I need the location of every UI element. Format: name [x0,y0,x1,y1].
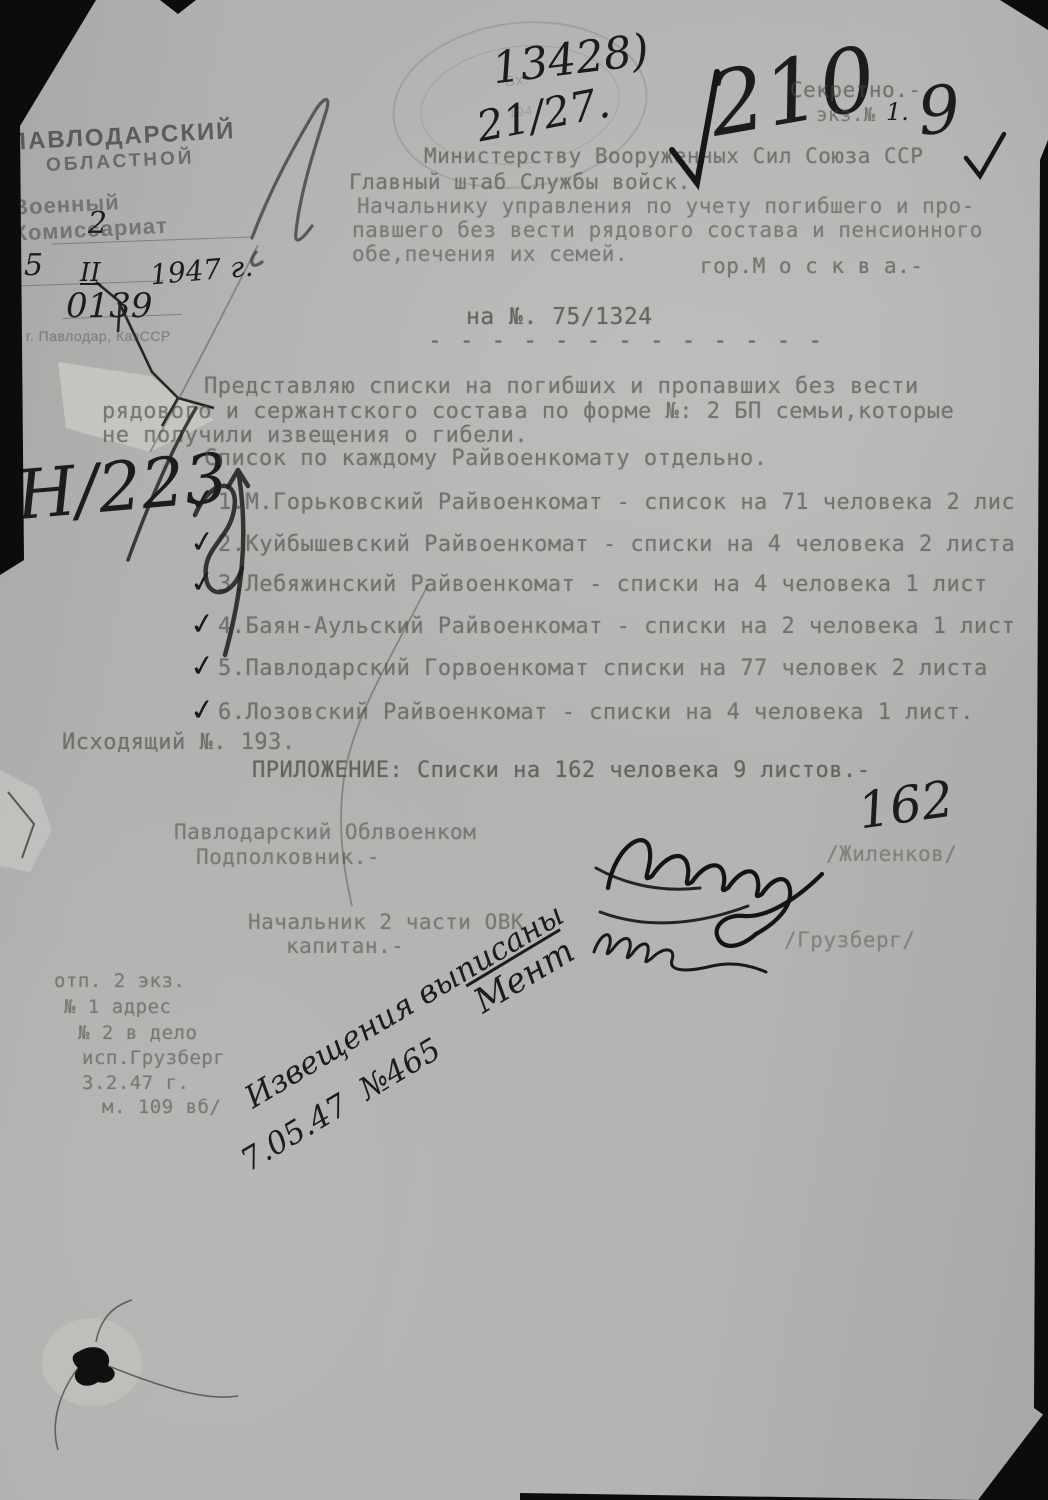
scan-edges [0,0,1048,1500]
scan-edge [0,0,96,575]
scan-edge [978,1408,1048,1500]
scan-edge [160,0,196,14]
scan-edge [1000,0,1048,30]
scan-edge [520,1493,980,1500]
scan-edge [1034,140,1048,1418]
